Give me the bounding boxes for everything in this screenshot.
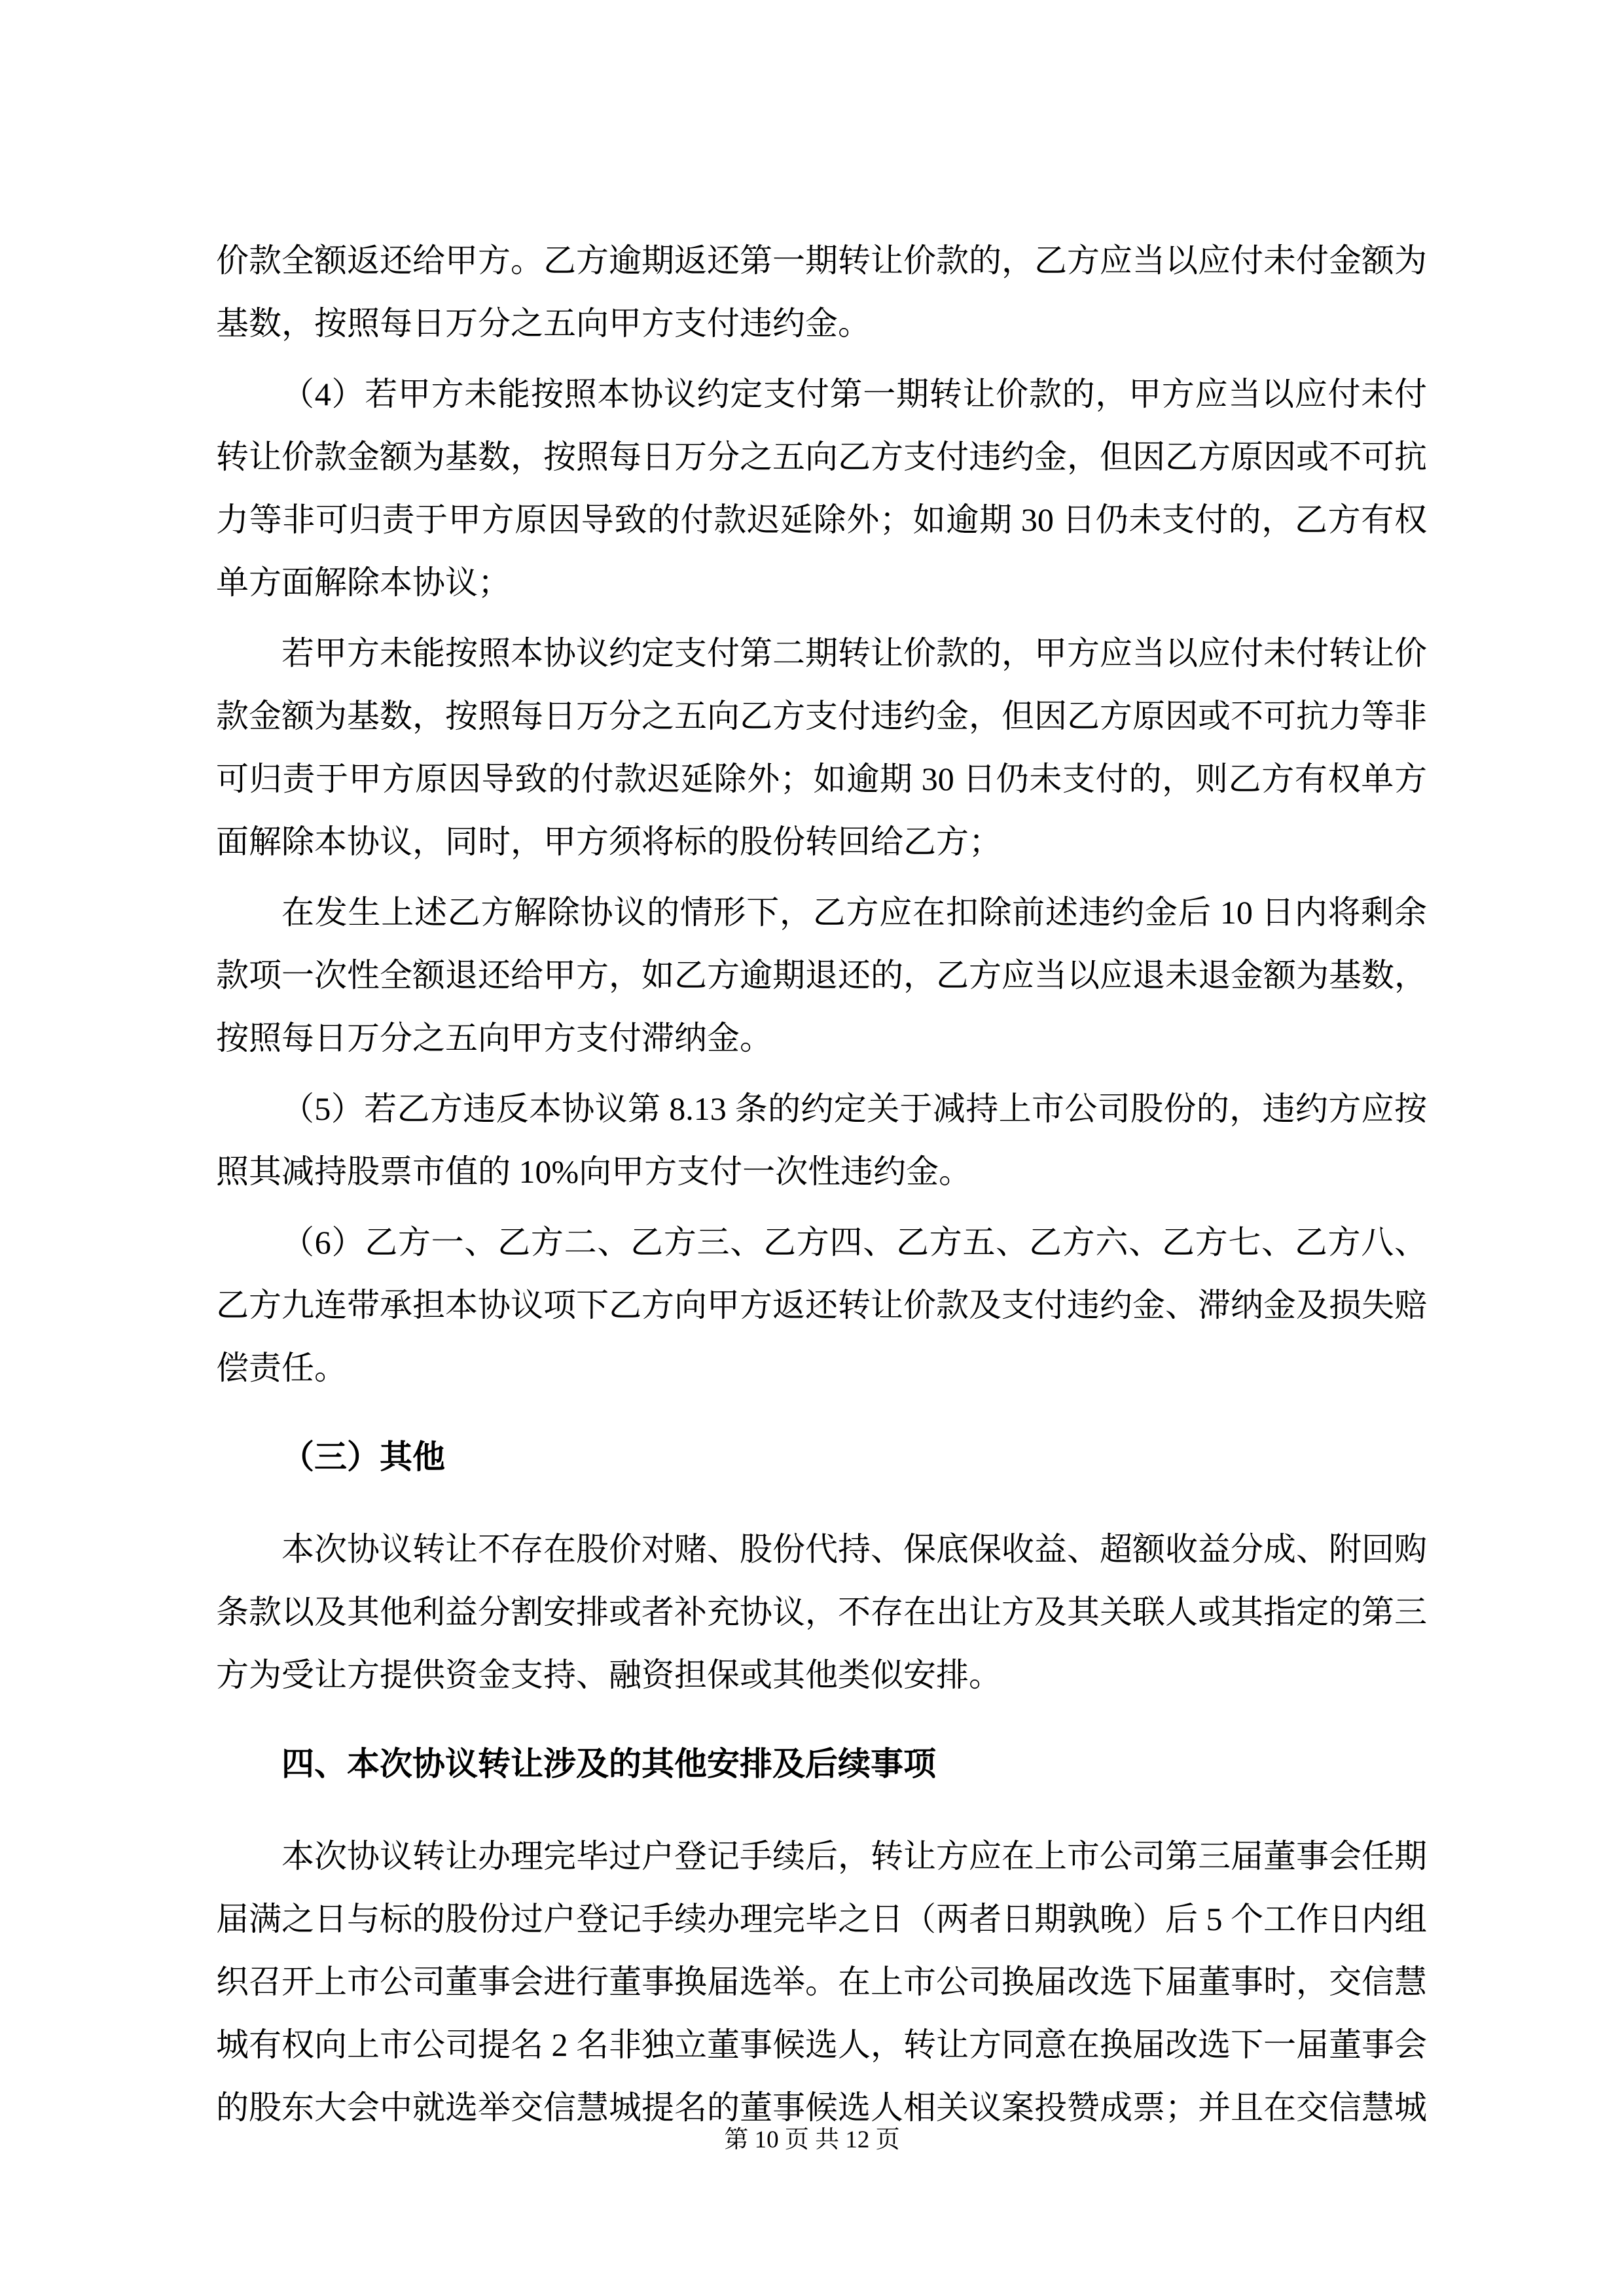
page-footer: 第 10 页 共 12 页 — [0, 2125, 1624, 2155]
document-page: 价款全额返还给甲方。乙方逾期返还第一期转让价款的，乙方应当以应付未付金额为基数，… — [0, 0, 1624, 2296]
heading-section-4-followup-matters: 四、本次协议转让涉及的其他安排及后续事项 — [216, 1732, 1427, 1795]
heading-section-3-other: （三）其他 — [216, 1426, 1427, 1488]
paragraph-clause-6: （6）乙方一、乙方二、乙方三、乙方四、乙方五、乙方六、乙方七、乙方八、乙方九连带… — [216, 1211, 1427, 1399]
document-body: 价款全额返还给甲方。乙方逾期返还第一期转让价款的，乙方应当以应付未付金额为基数，… — [216, 229, 1427, 2147]
paragraph-penalty-continuation: 价款全额返还给甲方。乙方逾期返还第一期转让价款的，乙方应当以应付未付金额为基数，… — [216, 229, 1427, 355]
paragraph-board-reelection: 本次协议转让办理完毕过户登记手续后，转让方应在上市公司第三届董事会任期届满之日与… — [216, 1825, 1427, 2139]
paragraph-no-side-agreements: 本次协议转让不存在股价对赌、股份代持、保底保收益、超额收益分成、附回购条款以及其… — [216, 1518, 1427, 1706]
paragraph-clause-5: （5）若乙方违反本协议第 8.13 条的约定关于减持上市公司股份的，违约方应按照… — [216, 1077, 1427, 1203]
paragraph-refund-terms: 在发生上述乙方解除协议的情形下，乙方应在扣除前述违约金后 10 日内将剩余款项一… — [216, 881, 1427, 1069]
paragraph-clause-4: （4）若甲方未能按照本协议约定支付第一期转让价款的，甲方应当以应付未付转让价款金… — [216, 363, 1427, 614]
paragraph-second-installment: 若甲方未能按照本协议约定支付第二期转让价款的，甲方应当以应付未付转让价款金额为基… — [216, 622, 1427, 873]
